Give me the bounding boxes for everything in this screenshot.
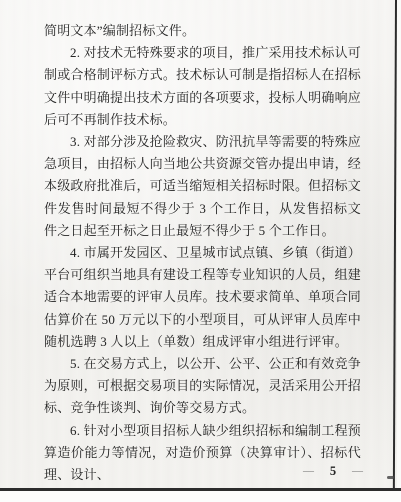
page-footer: — 5 — [303, 464, 363, 478]
footer-dash-right: — [352, 464, 363, 478]
scanned-document-page: 简明文本”编制招标文件。2. 对技术无特殊要求的项目，推广采用技术标认可制或合格… [0, 0, 401, 502]
paragraph: 3. 对部分涉及抢险救灾、防汛抗旱等需要的特殊应急项目，由招标人向当地公共资源交… [44, 131, 361, 242]
paragraph: 简明文本”编制招标文件。 [44, 20, 361, 42]
paragraph: 5. 在交易方式上，以公开、公平、公正和有效竞争为原则，可根据交易项目的实际情况… [44, 353, 361, 420]
footer-dash-left: — [303, 464, 314, 478]
scan-bottom-margin [0, 491, 401, 502]
paragraph: 2. 对技术无特殊要求的项目，推广采用技术标认可制或合格制评标方式。技术标认可制… [44, 42, 361, 131]
page-number: 5 [330, 464, 336, 478]
paragraph: 4. 市属开发园区、卫星城市试点镇、乡镇（街道）平台可组织当地具有建设工程等专业… [44, 242, 361, 353]
document-body: 简明文本”编制招标文件。2. 对技术无特殊要求的项目，推广采用技术标认可制或合格… [44, 20, 361, 486]
scan-right-margin [397, 0, 401, 488]
scan-speck [387, 476, 394, 479]
